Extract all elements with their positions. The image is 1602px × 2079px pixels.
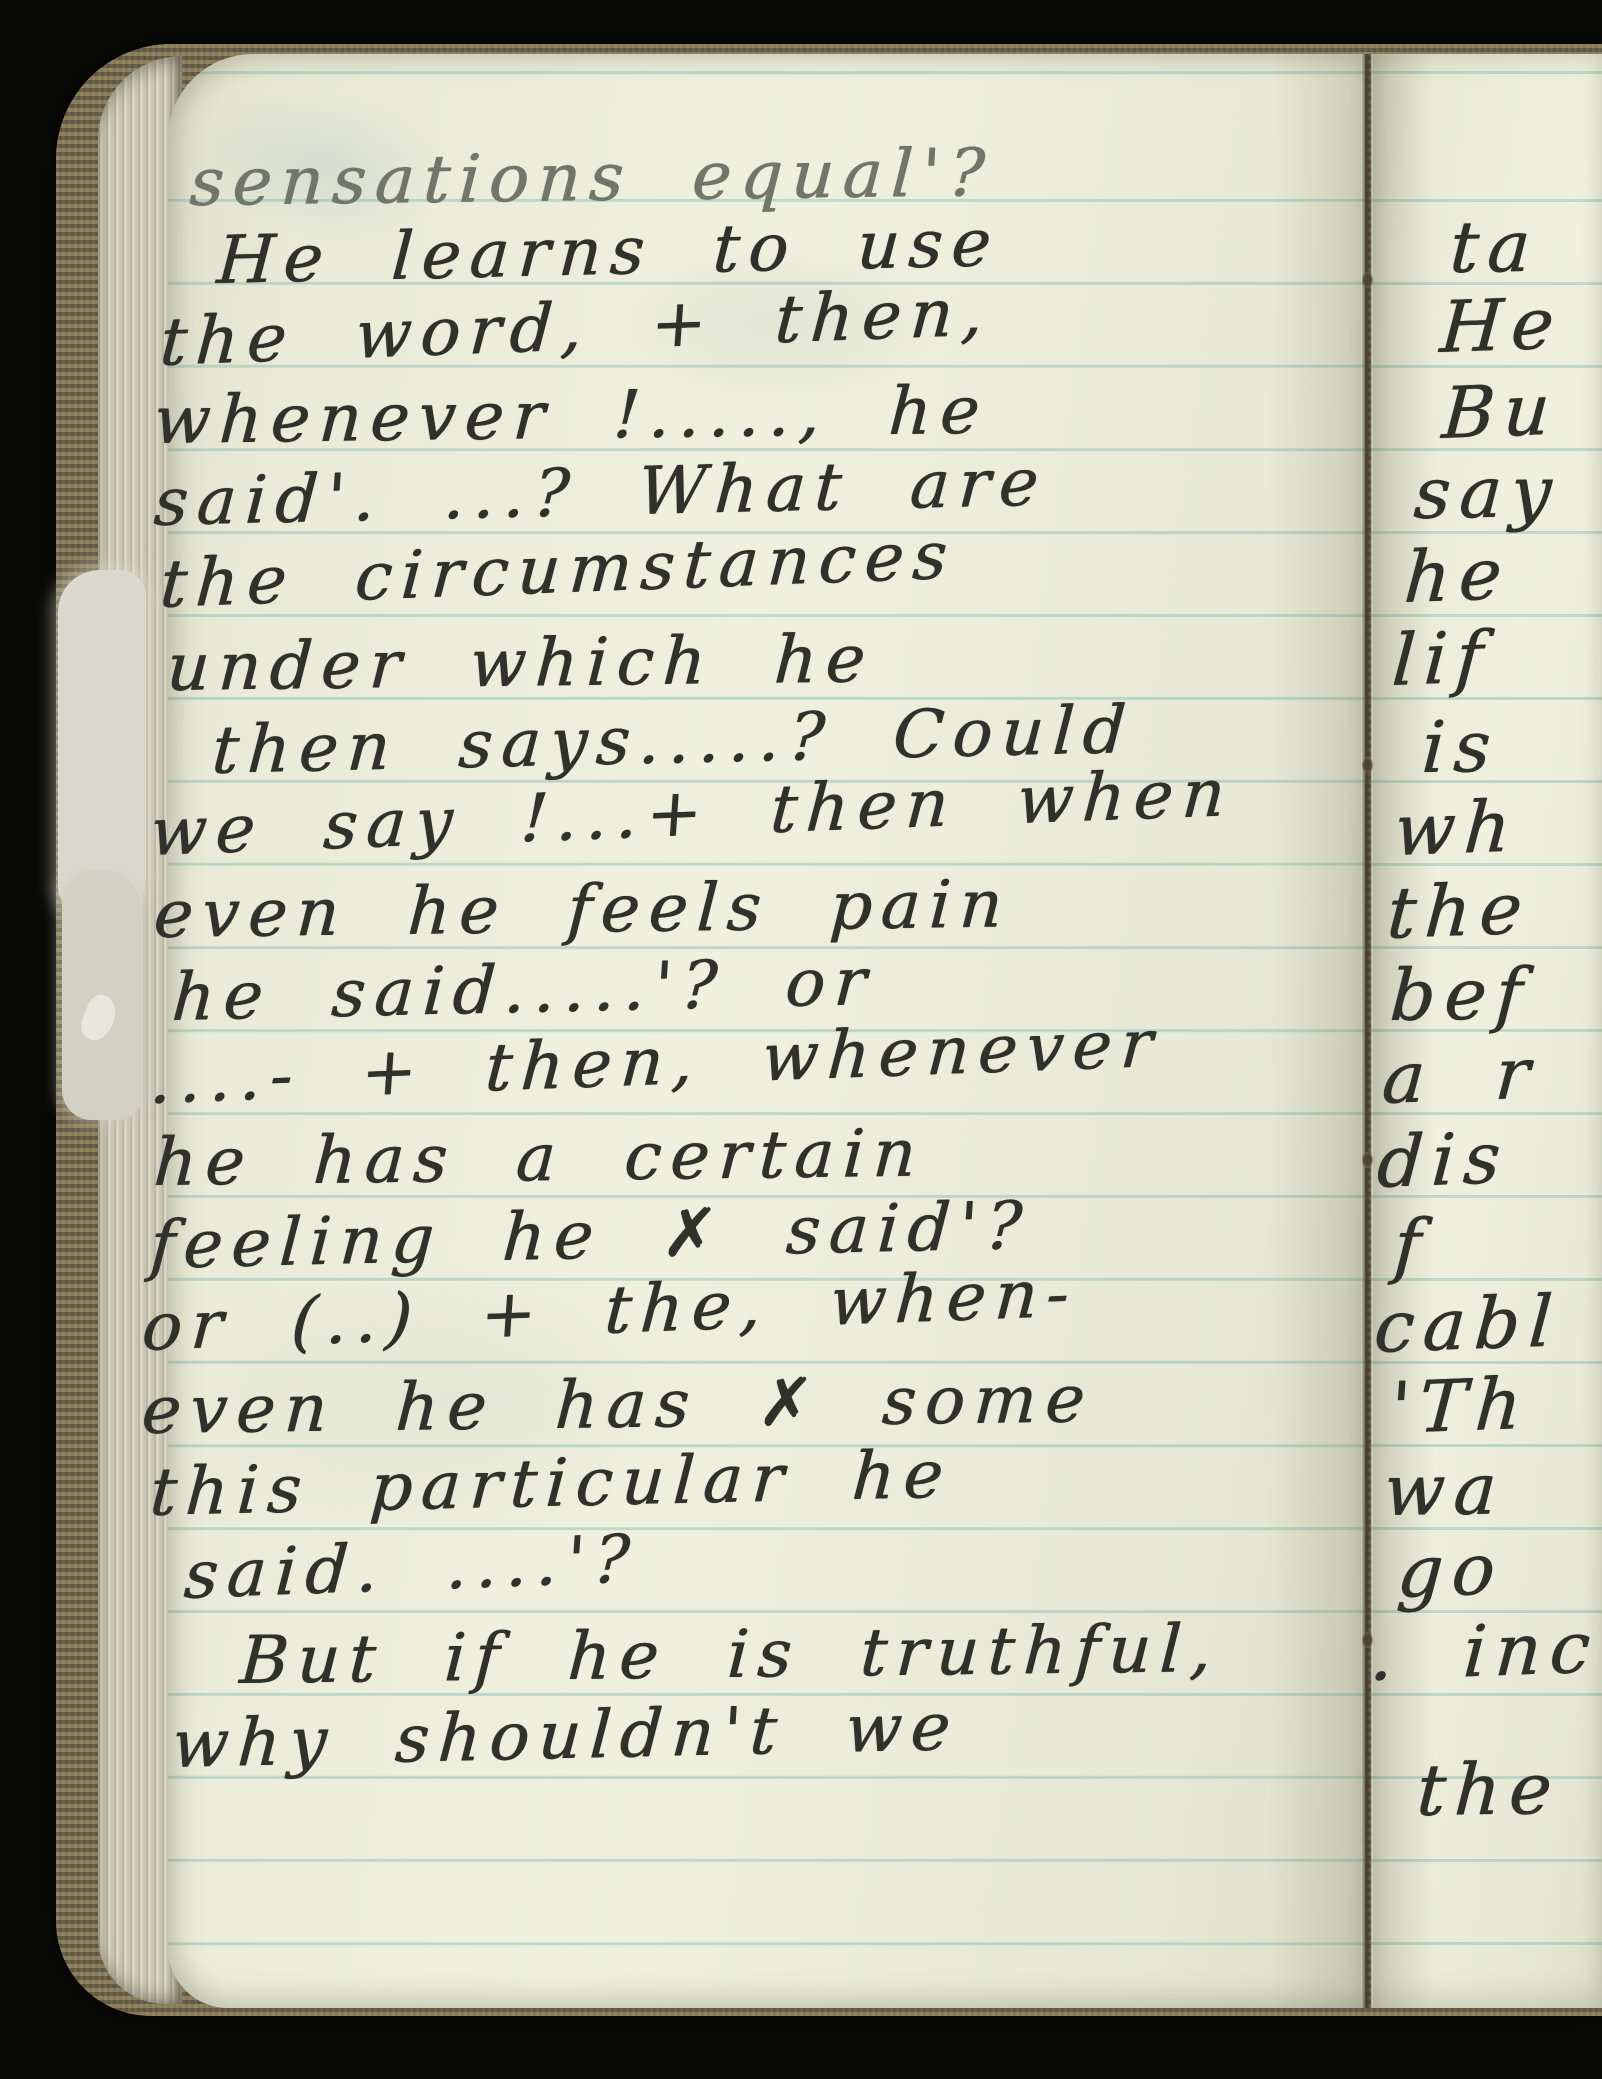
handwriting-line: a r xyxy=(1380,1037,1541,1114)
handwriting-line: Bu xyxy=(1440,374,1561,449)
handwriting-line: wa xyxy=(1382,1453,1507,1526)
photo-black-background: sensations equal'?He learns to usethe wo… xyxy=(0,0,1602,2079)
handwriting-line: say xyxy=(1412,456,1562,529)
handwriting-line: the xyxy=(1385,873,1533,949)
handwriting-line: go xyxy=(1395,1533,1506,1608)
handwriting-line: bef xyxy=(1388,958,1533,1031)
handwriting-line: cabl xyxy=(1372,1285,1563,1363)
handwriting-line: f xyxy=(1392,1210,1431,1281)
handwriting-line: 'Th xyxy=(1388,1368,1532,1444)
handwriting-line: wh xyxy=(1392,790,1521,866)
handwriting-line: lif xyxy=(1390,621,1493,696)
handwriting-line: the xyxy=(1415,1753,1562,1826)
right-page-handwriting: taHeBusayhelifiswhthebefa rdisfcabl'Thwa… xyxy=(0,0,1602,2079)
handwriting-line: ta xyxy=(1448,211,1541,283)
handwriting-line: he xyxy=(1402,538,1513,613)
handwriting-line: is xyxy=(1420,711,1501,783)
handwriting-line: He xyxy=(1438,288,1565,363)
handwriting-line: dis xyxy=(1375,1122,1511,1198)
handwriting-line: . inc xyxy=(1368,1611,1601,1691)
